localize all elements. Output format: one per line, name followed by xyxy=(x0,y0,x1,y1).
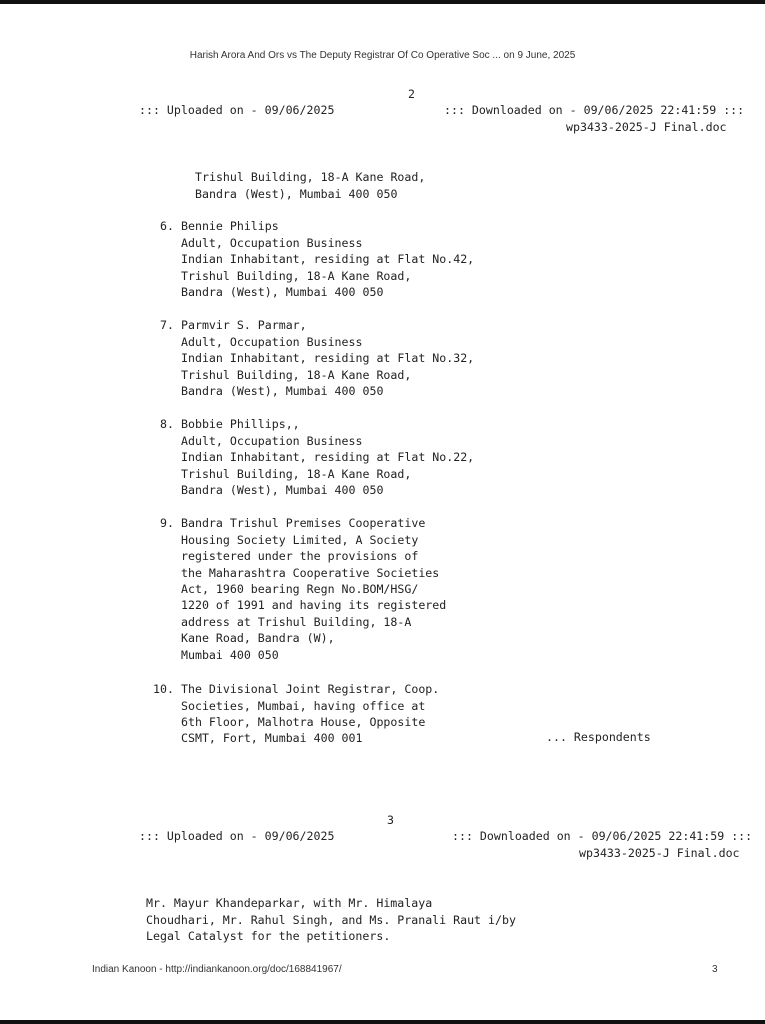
respondent-number: 10. xyxy=(153,681,174,698)
downloaded-stamp: ::: Downloaded on - 09/06/2025 22:41:59 … xyxy=(444,103,744,117)
respondent-name: Parmvir S. Parmar, xyxy=(181,317,307,334)
respondent-line: Indian Inhabitant, residing at Flat No.2… xyxy=(181,449,474,466)
respondent-7: 7. Parmvir S. Parmar, Adult, Occupation … xyxy=(160,317,174,415)
respondent-line: Bandra (West), Mumbai 400 050 xyxy=(181,284,383,301)
respondent-line: registered under the provisions of xyxy=(181,548,418,565)
uploaded-stamp: ::: Uploaded on - 09/06/2025 xyxy=(139,103,334,117)
respondent-line: Act, 1960 bearing Regn No.BOM/HSG/ xyxy=(181,581,418,598)
respondent-line: Adult, Occupation Business xyxy=(181,433,362,450)
appearance-line: Legal Catalyst for the petitioners. xyxy=(146,928,390,945)
respondent-number: 9. xyxy=(160,515,174,532)
respondent-line: Societies, Mumbai, having office at xyxy=(181,698,425,715)
respondent-number: 7. xyxy=(160,317,174,334)
continuation-address: Trishul Building, 18-A Kane Road, Bandra… xyxy=(195,169,209,211)
document-title-header: Harish Arora And Ors vs The Deputy Regis… xyxy=(0,50,765,61)
respondent-line: Bandra (West), Mumbai 400 050 xyxy=(181,383,383,400)
respondent-line: Bandra (West), Mumbai 400 050 xyxy=(181,482,383,499)
downloaded-stamp: ::: Downloaded on - 09/06/2025 22:41:59 … xyxy=(452,829,752,843)
respondent-line: Kane Road, Bandra (W), xyxy=(181,630,335,647)
respondent-line: Trishul Building, 18-A Kane Road, xyxy=(181,367,411,384)
appearance-paragraph: Mr. Mayur Khandeparkar, with Mr. Himalay… xyxy=(146,895,160,951)
respondent-line: Mumbai 400 050 xyxy=(181,647,279,664)
respondent-line: Indian Inhabitant, residing at Flat No.4… xyxy=(181,251,474,268)
address-line: Trishul Building, 18-A Kane Road, xyxy=(195,169,425,186)
respondent-line: Trishul Building, 18-A Kane Road, xyxy=(181,268,411,285)
filename-stamp: wp3433-2025-J Final.doc xyxy=(579,846,740,860)
appearance-line: Mr. Mayur Khandeparkar, with Mr. Himalay… xyxy=(146,895,432,912)
respondent-line: Trishul Building, 18-A Kane Road, xyxy=(181,466,411,483)
respondent-line: the Maharashtra Cooperative Societies xyxy=(181,565,439,582)
respondent-line: Adult, Occupation Business xyxy=(181,235,362,252)
respondent-number: 6. xyxy=(160,218,174,235)
respondent-line: Indian Inhabitant, residing at Flat No.3… xyxy=(181,350,474,367)
respondent-name: The Divisional Joint Registrar, Coop. xyxy=(181,681,439,698)
address-line: Bandra (West), Mumbai 400 050 xyxy=(195,186,397,203)
filename-stamp: wp3433-2025-J Final.doc xyxy=(566,120,727,134)
respondent-line: address at Trishul Building, 18-A xyxy=(181,614,411,631)
respondent-line: Adult, Occupation Business xyxy=(181,334,362,351)
respondent-8: 8. Bobbie Phillips,, Adult, Occupation B… xyxy=(160,416,174,514)
respondent-number: 8. xyxy=(160,416,174,433)
respondent-9: 9. Bandra Trishul Premises Cooperative H… xyxy=(160,515,174,669)
respondent-name: Bobbie Phillips,, xyxy=(181,416,300,433)
top-border xyxy=(0,0,765,4)
page-number-stamp: 3 xyxy=(387,813,394,827)
footer-page-number: 3 xyxy=(712,964,718,975)
respondent-name: Bandra Trishul Premises Cooperative xyxy=(181,515,425,532)
respondent-6: 6. Bennie Philips Adult, Occupation Busi… xyxy=(160,218,174,316)
respondents-role-label: ... Respondents xyxy=(546,730,651,744)
bottom-border xyxy=(0,1020,765,1024)
respondent-line: Housing Society Limited, A Society xyxy=(181,532,418,549)
respondent-line: CSMT, Fort, Mumbai 400 001 xyxy=(181,730,362,747)
respondent-line: 6th Floor, Malhotra House, Opposite xyxy=(181,714,425,731)
respondent-10: 10. The Divisional Joint Registrar, Coop… xyxy=(153,681,167,765)
page-number-stamp: 2 xyxy=(408,87,415,101)
footer-source-link[interactable]: Indian Kanoon - http://indiankanoon.org/… xyxy=(92,964,342,975)
appearance-line: Choudhari, Mr. Rahul Singh, and Ms. Pran… xyxy=(146,912,516,929)
respondent-name: Bennie Philips xyxy=(181,218,279,235)
uploaded-stamp: ::: Uploaded on - 09/06/2025 xyxy=(139,829,334,843)
respondent-line: 1220 of 1991 and having its registered xyxy=(181,597,446,614)
